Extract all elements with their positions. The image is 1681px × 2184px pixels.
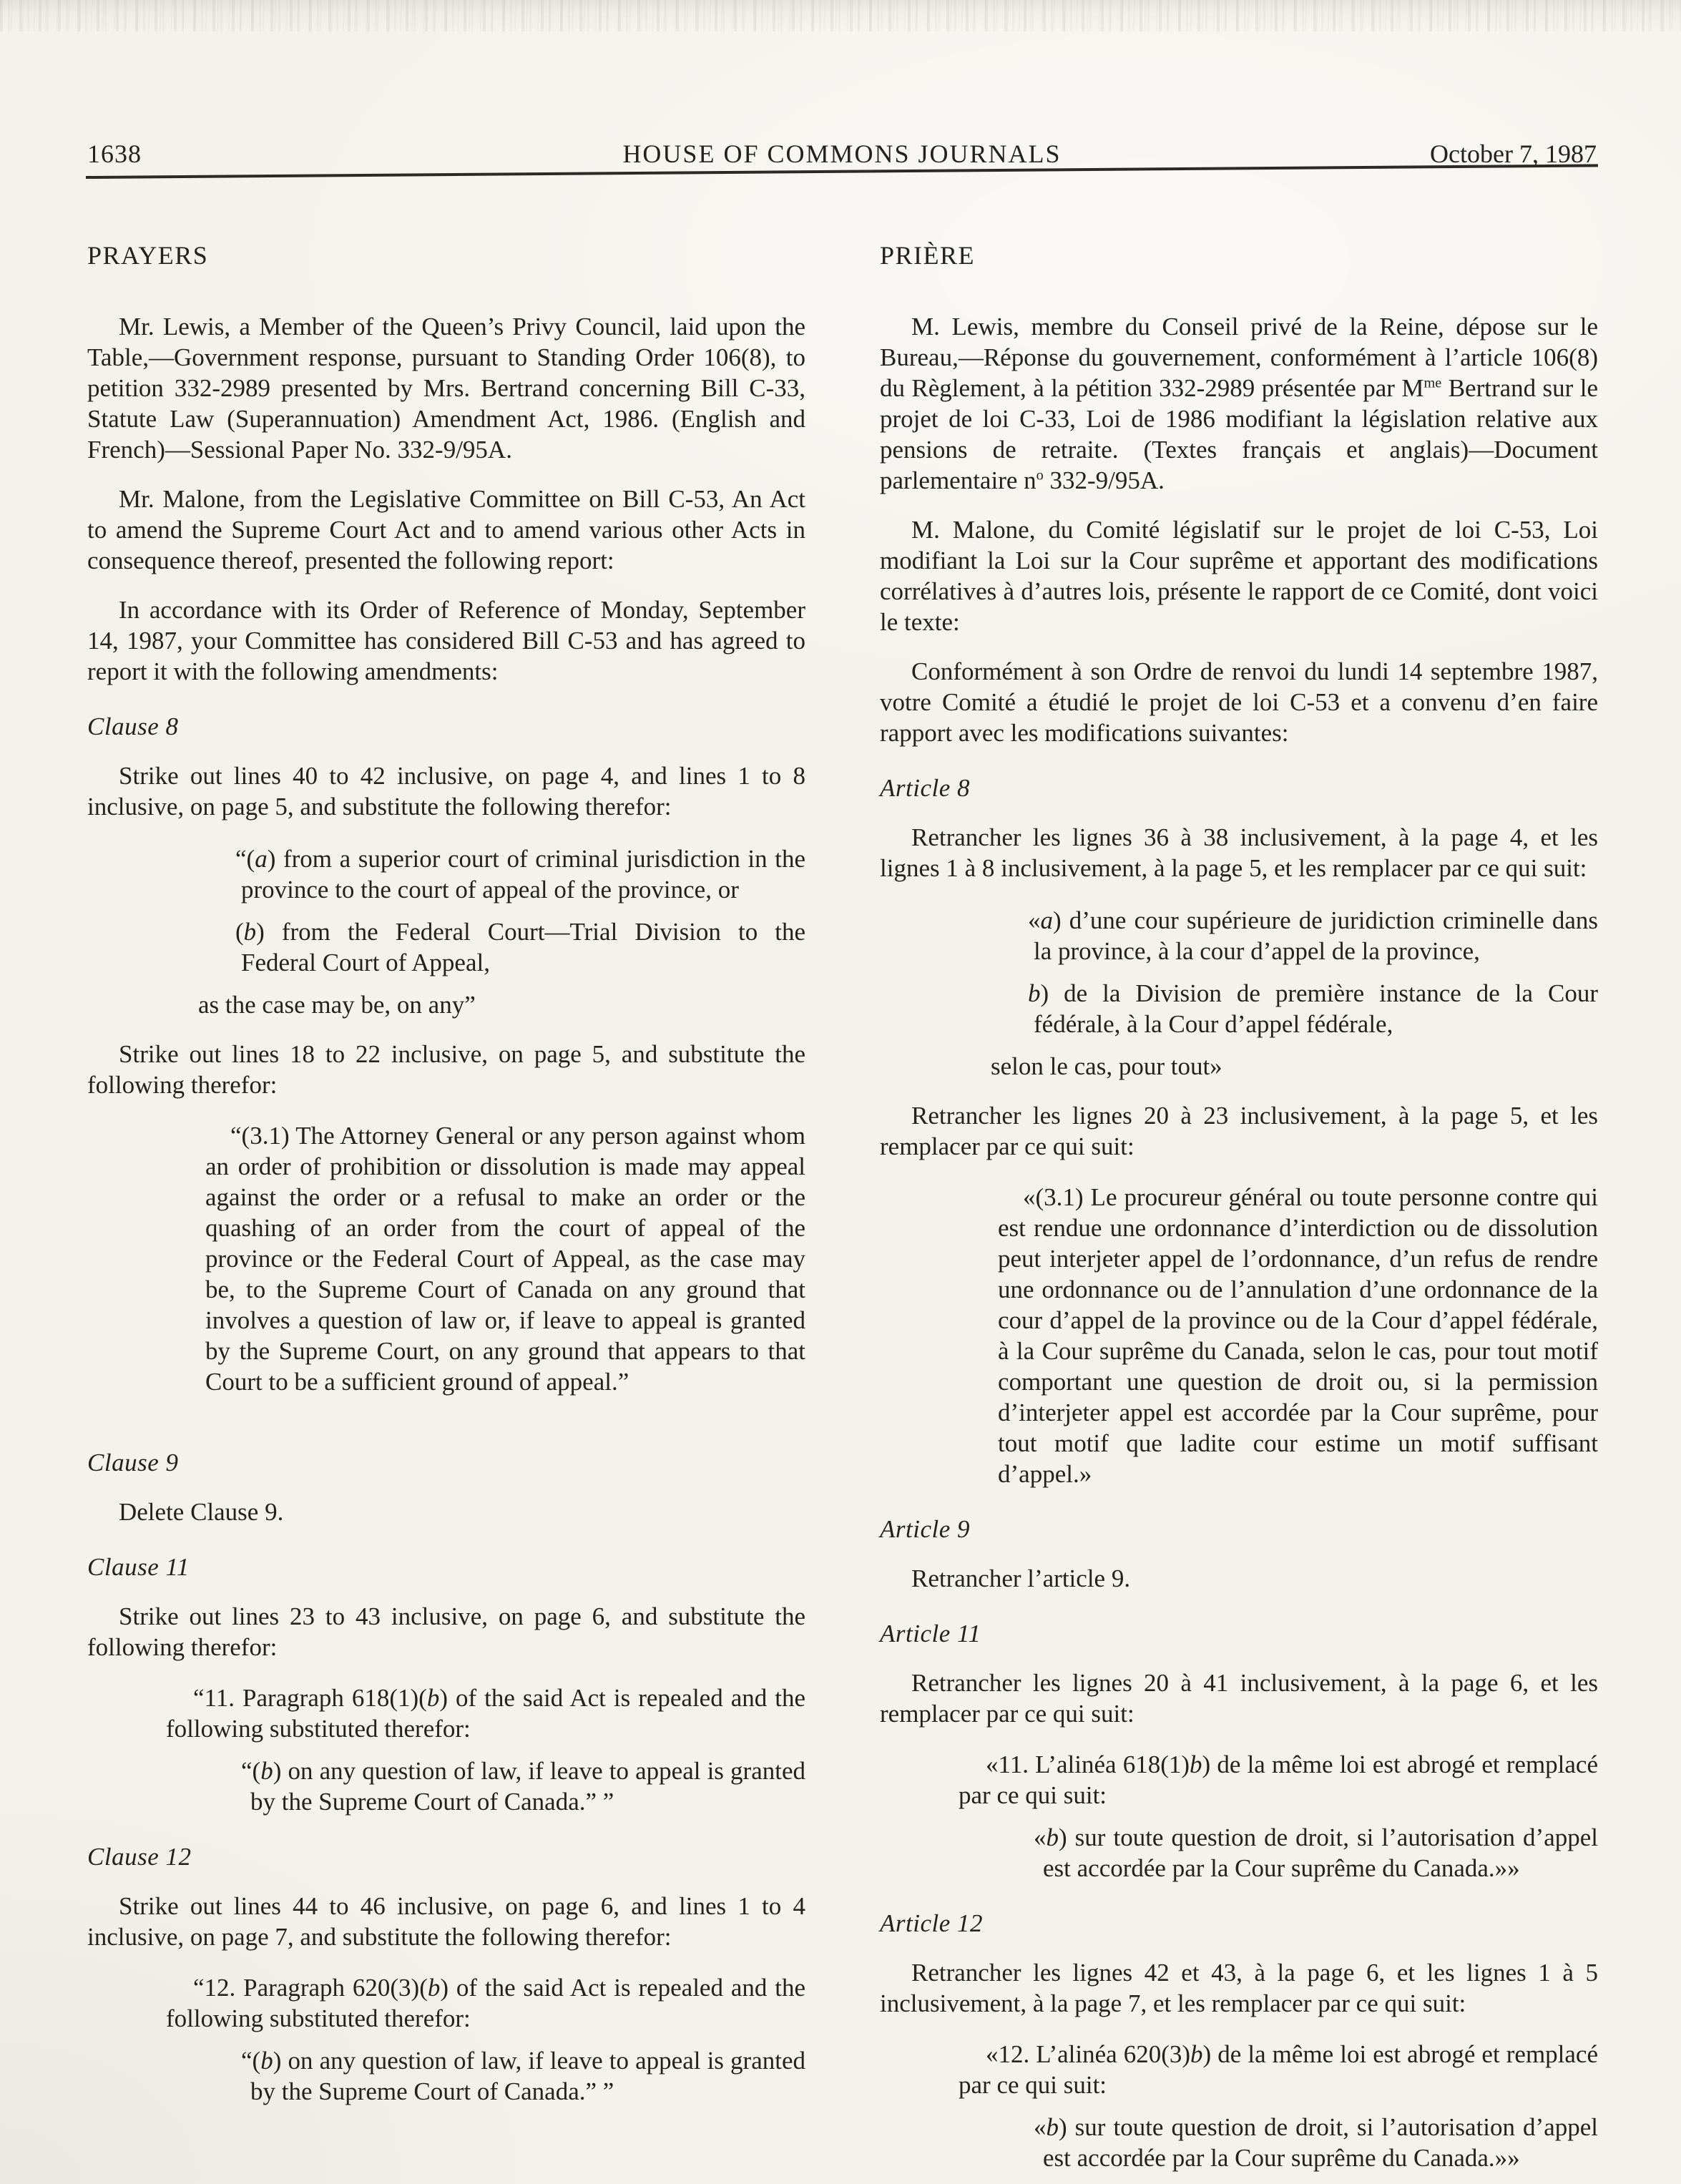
quote-pre: «11. L’alinéa 618(1) [986, 1750, 1190, 1778]
french-column: PRIÈRE M. Lewis, membre du Conseil privé… [880, 240, 1598, 2173]
item-paren: ) [1053, 906, 1069, 934]
article-11-strike: Retrancher les lignes 20 à 41 inclusivem… [880, 1668, 1598, 1729]
quote-pre: “( [241, 2047, 260, 2075]
english-column: PRAYERS Mr. Lewis, a Member of the Queen… [87, 240, 805, 2173]
clause-9-body: Delete Clause 9. [87, 1497, 805, 1527]
article-12-quote-2: «b) sur toute question de droit, si l’au… [1043, 2112, 1598, 2173]
clause-12-quote-2: “(b) on any question of law, if leave to… [250, 2045, 805, 2107]
guillemet-open: « [1028, 906, 1041, 934]
clause-11-quote-2: “(b) on any question of law, if leave to… [250, 1755, 805, 1817]
quote-pre: “( [241, 1757, 260, 1785]
article-8-strike-1: Retrancher les lignes 36 à 38 inclusivem… [880, 822, 1598, 883]
item-paren: ) [1041, 979, 1064, 1007]
paragraph-malone-en: Mr. Malone, from the Legislative Committ… [87, 484, 805, 576]
quote-pre: “11. Paragraph 618(1)( [193, 1684, 427, 1712]
clause-12-strike: Strike out lines 44 to 46 inclusive, on … [87, 1891, 805, 1952]
item-paren: ) [256, 918, 282, 946]
italic-letter-a: a [1041, 906, 1054, 934]
article-9-body: Retrancher l’article 9. [880, 1563, 1598, 1594]
priere-heading: PRIÈRE [880, 240, 1598, 271]
article-11-heading: Article 11 [880, 1618, 1598, 1649]
clause-8-quote-3-1: “(3.1) The Attorney General or any perso… [205, 1120, 805, 1397]
clause-11-quote-1: “11. Paragraph 618(1)(b) of the said Act… [166, 1683, 805, 1744]
article-12-heading: Article 12 [880, 1908, 1598, 1939]
article-11-quote-1: «11. L’alinéa 618(1)b) de la même loi es… [959, 1749, 1598, 1811]
item-paren-open: ( [235, 918, 244, 946]
article-12-quote-1: «12. L’alinéa 620(3)b) de la même loi es… [959, 2039, 1598, 2100]
article-8-strike-2: Retrancher les lignes 20 à 23 inclusivem… [880, 1100, 1598, 1162]
article-8-item-a: «a) d’une cour supérieure de juridiction… [1034, 905, 1598, 966]
quote-pre: « [1034, 1823, 1047, 1851]
quote-pre: «12. L’alinéa 620(3) [986, 2040, 1190, 2068]
item-body: d’une cour supérieure de juridiction cri… [1034, 906, 1598, 965]
quote-post: ) on any question of law, if leave to ap… [250, 2047, 805, 2105]
paragraph-accordance-en: In accordance with its Order of Referenc… [87, 594, 805, 687]
quote-open: “( [235, 845, 255, 873]
clause-8-item-b: (b) from the Federal Court—Trial Divisio… [241, 916, 805, 978]
quote-post: ) on any question of law, if leave to ap… [250, 1757, 805, 1816]
quote-post: ) sur toute question de droit, si l’auto… [1043, 1823, 1598, 1882]
prayers-heading: PRAYERS [87, 240, 805, 271]
article-12-strike: Retrancher les lignes 42 et 43, à la pag… [880, 1957, 1598, 2019]
article-9-heading: Article 9 [880, 1514, 1598, 1544]
paragraph-lewis-en: Mr. Lewis, a Member of the Queen’s Privy… [87, 311, 805, 465]
italic-letter-b: b [1190, 1750, 1202, 1778]
clause-11-strike: Strike out lines 23 to 43 inclusive, on … [87, 1601, 805, 1663]
quote-pre: “12. Paragraph 620(3)( [193, 1974, 428, 2002]
item-paren: ) [268, 845, 283, 873]
content-columns: PRAYERS Mr. Lewis, a Member of the Queen… [0, 179, 1681, 2173]
text-run: 332-9/95A. [1044, 466, 1165, 494]
italic-letter-b: b [260, 1757, 273, 1785]
italic-letter-b: b [1047, 1823, 1059, 1851]
article-8-quote-3-1: «(3.1) Le procureur général ou toute per… [998, 1182, 1598, 1489]
clause-12-quote-1: “12. Paragraph 620(3)(b) of the said Act… [166, 1972, 805, 2034]
italic-letter-b: b [428, 1974, 441, 2002]
clause-9-heading: Clause 9 [87, 1447, 805, 1478]
italic-letter-b: b [1028, 979, 1041, 1007]
clause-11-heading: Clause 11 [87, 1552, 805, 1582]
item-body: from the Federal Court—Trial Division to… [241, 918, 805, 976]
italic-letter-a: a [255, 845, 268, 873]
item-body: from a superior court of criminal jurisd… [241, 845, 805, 904]
article-8-item-tail: selon le cas, pour tout» [991, 1051, 1598, 1082]
clause-8-strike-1: Strike out lines 40 to 42 inclusive, on … [87, 760, 805, 822]
article-8-heading: Article 8 [880, 773, 1598, 803]
italic-letter-b: b [1190, 2040, 1203, 2068]
paragraph-malone-fr: M. Malone, du Comité législatif sur le p… [880, 514, 1598, 637]
paragraph-conformement-fr: Conformément à son Ordre de renvoi du lu… [880, 656, 1598, 748]
page-header: 1638 HOUSE OF COMMONS JOURNALS October 7… [0, 0, 1681, 169]
italic-letter-b: b [427, 1684, 440, 1712]
page-number: 1638 [87, 140, 142, 169]
quote-post: ) sur toute question de droit, si l’auto… [1043, 2113, 1598, 2172]
journal-page: 1638 HOUSE OF COMMONS JOURNALS October 7… [0, 0, 1681, 2184]
superscript-me: me [1424, 375, 1442, 391]
italic-letter-b: b [260, 2047, 273, 2075]
italic-letter-b: b [244, 918, 257, 946]
clause-8-strike-2: Strike out lines 18 to 22 inclusive, on … [87, 1039, 805, 1100]
paragraph-lewis-fr: M. Lewis, membre du Conseil privé de la … [880, 311, 1598, 496]
item-body: de la Division de première instance de l… [1034, 979, 1598, 1038]
article-8-item-b: b) de la Division de première instance d… [1034, 978, 1598, 1039]
quote-pre: « [1034, 2113, 1047, 2141]
article-11-quote-2: «b) sur toute question de droit, si l’au… [1043, 1822, 1598, 1884]
clause-8-heading: Clause 8 [87, 711, 805, 742]
superscript-o: o [1036, 467, 1044, 483]
clause-8-item-tail: as the case may be, on any” [198, 989, 805, 1020]
clause-8-item-a: “(a) from a superior court of criminal j… [241, 843, 805, 905]
journal-title: HOUSE OF COMMONS JOURNALS [622, 140, 1061, 169]
clause-12-heading: Clause 12 [87, 1841, 805, 1872]
italic-letter-b: b [1047, 2113, 1059, 2141]
